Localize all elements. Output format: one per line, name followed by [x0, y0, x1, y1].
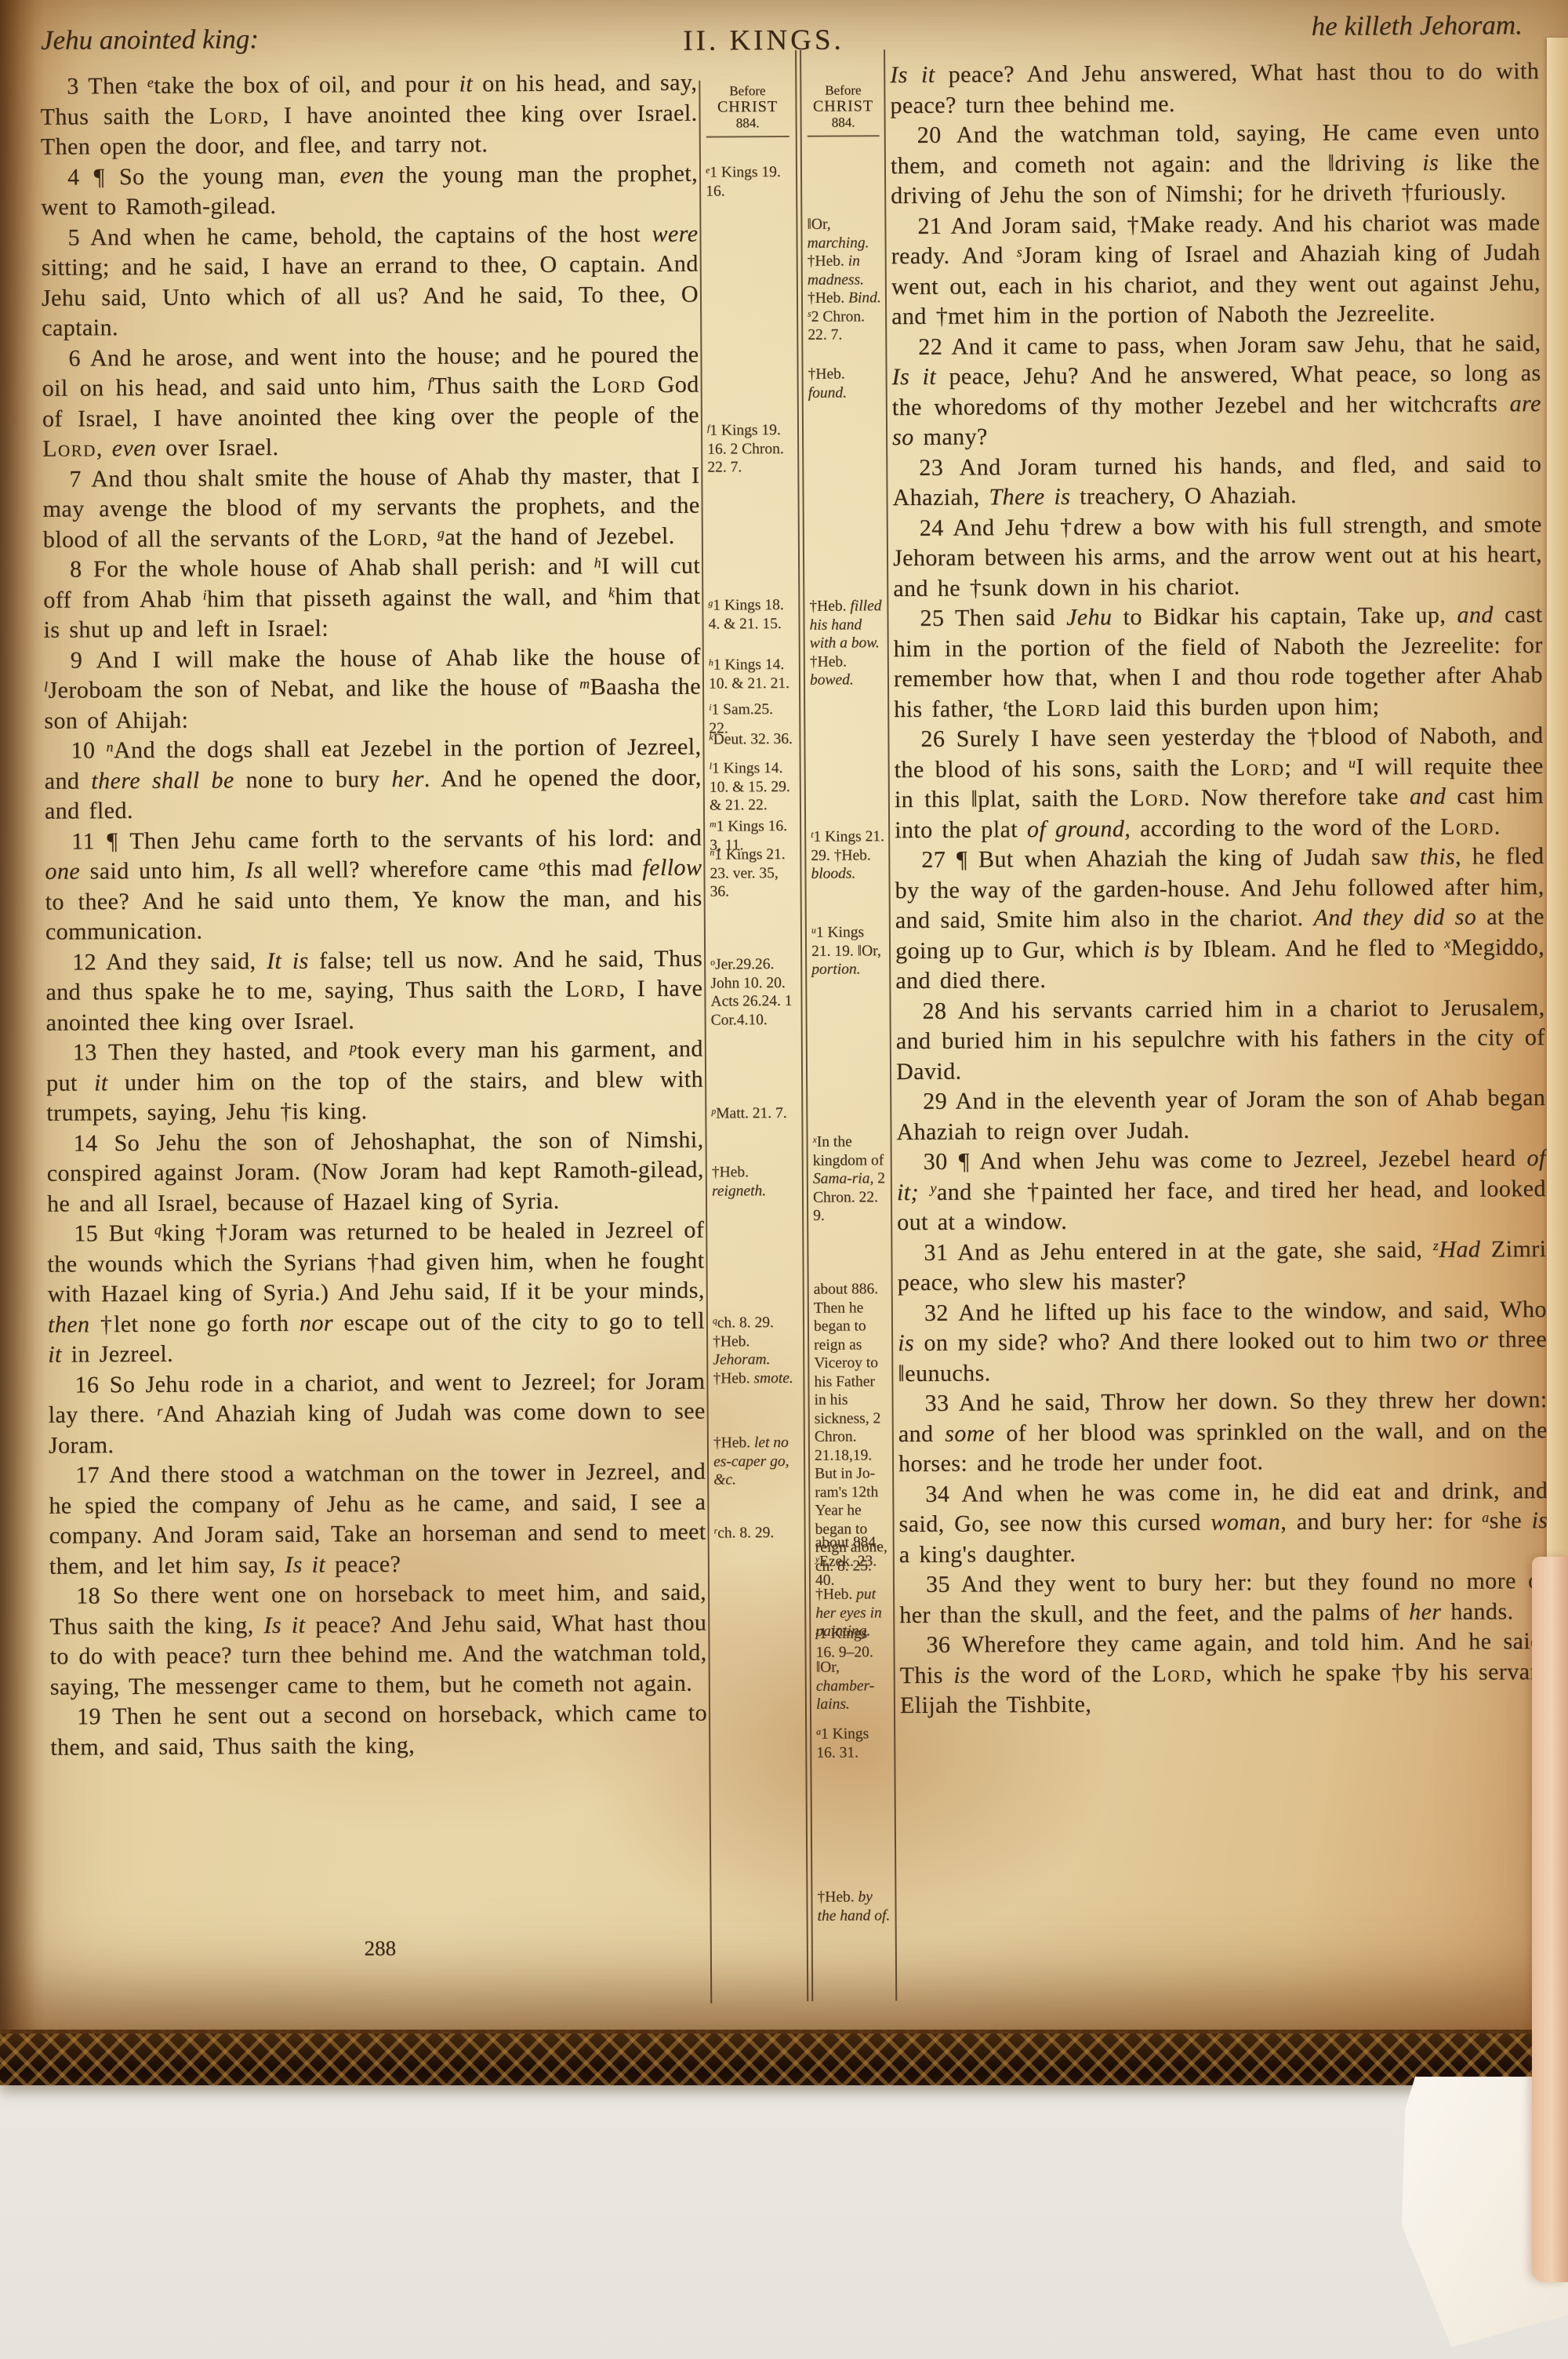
verse: 18 So there went one on horseback to mee… — [49, 1578, 707, 1703]
cross-reference-column-right: BeforeCHRIST884.‖Or, marching. †Heb. in … — [804, 0, 894, 2031]
verse: 34 And when he was come in, he did eat a… — [898, 1476, 1548, 1571]
cross-reference-note: †Heb. by the hand of. — [817, 1888, 891, 1925]
verse: 31 And as Jehu entered in at the gate, s… — [897, 1234, 1546, 1299]
cross-reference-note: ‖Or, chamber-lains. — [816, 1658, 891, 1714]
cross-reference-note: a1 Kings 16. 31. — [816, 1725, 890, 1762]
cross-reference-note: pMatt. 21. 7. — [711, 1104, 796, 1123]
cross-reference-note: †Heb. let no es-caper go, &c. — [713, 1434, 798, 1489]
cross-reference-note: f1 Kings 19. 16. 2 Chron. 22. 7. — [707, 421, 792, 477]
running-head-right: he killeth Jehoram. — [1312, 9, 1523, 42]
verse: 23 And Joram turned his hands, and fled,… — [892, 449, 1541, 514]
cross-reference-note: qch. 8. 29. †Heb. Jehoram. †Heb. smote. — [713, 1314, 797, 1388]
cross-reference-note: oJer.29.26. John 10. 20. Acts 26.24. 1 C… — [710, 955, 795, 1030]
cross-reference-column-left: BeforeCHRIST884.e1 Kings 19. 16.f1 Kings… — [703, 0, 804, 2031]
page-number: 288 — [52, 1935, 709, 1963]
verse: 28 And his servants carried him in a cha… — [895, 993, 1545, 1088]
verse: 20 And the watchman told, saying, He cam… — [891, 117, 1541, 212]
before-christ-heading: BeforeCHRIST884. — [807, 82, 880, 137]
scanned-bible-page-photo: Jehu anointed king: II. KINGS. he killet… — [0, 0, 1568, 2359]
verse: 35 And they went to bury her: but they f… — [899, 1566, 1548, 1630]
verse: 32 And he lifted up his face to the wind… — [898, 1295, 1548, 1390]
verse: 19 Then he sent out a second on horsebac… — [50, 1699, 707, 1763]
verse: 11 ¶ Then Jehu came forth to the servant… — [45, 823, 702, 947]
verse: 17 And there stood a watchman on the tow… — [49, 1457, 706, 1582]
cross-reference-note: †Heb. found. — [808, 365, 882, 402]
bookmark-ribbon — [1532, 1557, 1568, 2282]
printed-content: Jehu anointed king: II. KINGS. he killet… — [0, 0, 1568, 2031]
book-binding-edge — [0, 2030, 1568, 2085]
verse: 3 Then etake the box of oil, and pour it… — [40, 68, 698, 163]
cross-reference-note: g1 Kings 18. 4. & 21. 15. — [708, 596, 793, 634]
cross-reference-note: kDeut. 32. 36. — [709, 730, 793, 749]
cross-reference-note: n1 Kings 21. 23. ver. 35, 36. — [710, 845, 794, 901]
cross-reference-note: e1 Kings 19. 16. — [706, 163, 790, 201]
heading-line: 884. — [706, 115, 789, 131]
running-head-left: Jehu anointed king: — [41, 24, 259, 56]
heading-line: CHRIST — [706, 98, 789, 116]
cross-reference-note: ‖Or, marching. †Heb. in madness. †Heb. B… — [807, 215, 881, 344]
verse: 24 And Jehu †drew a bow with his full st… — [893, 510, 1543, 605]
verse: 21 And Joram said, †Make ready. And his … — [891, 208, 1541, 333]
verse: Is it peace? And Jehu answered, What has… — [890, 56, 1539, 121]
cross-reference-note: rch. 8. 29. — [714, 1524, 799, 1543]
before-christ-heading: BeforeCHRIST884. — [706, 83, 789, 138]
verse: 14 So Jehu the son of Jehoshaphat, the s… — [46, 1125, 704, 1219]
verse: 16 So Jehu rode in a chariot, and went t… — [48, 1366, 706, 1461]
verse: 6 And he arose, and went into the house;… — [42, 340, 699, 464]
cross-reference-note: †Heb. filled his hand with a bow. †Heb. … — [809, 597, 884, 689]
verse: 29 And in the eleventh year of Joram the… — [896, 1083, 1545, 1147]
verse: 13 Then they hasted, and ptook every man… — [46, 1034, 704, 1129]
verse: 25 Then said Jehu to Bidkar his captain,… — [893, 600, 1543, 725]
heading-line: 884. — [808, 114, 880, 130]
verse: 5 And when he came, behold, the captains… — [41, 219, 699, 343]
cross-reference-note: h1 Kings 14. 10. & 21. 21. — [709, 656, 793, 693]
cross-reference-note: t1 Kings 21. 29. †Heb. bloods. — [811, 827, 885, 883]
cross-reference-note: l1 Kings 14. 10. & 15. 29. & 21. 22. — [710, 759, 794, 815]
verse: 33 And he said, Throw her down. So they … — [898, 1385, 1548, 1480]
cross-reference-note: about 884. — [815, 1533, 889, 1552]
verse: 4 ¶ So the young man, even the young man… — [41, 158, 698, 223]
verse: 7 And thou shalt smite the house of Ahab… — [42, 460, 700, 555]
verse: 22 And it came to pass, when Joram saw J… — [891, 329, 1541, 453]
scripture-column-right: Is it peace? And Jehu answered, What has… — [890, 56, 1549, 1721]
heading-line: CHRIST — [807, 97, 879, 115]
verse: 10 nAnd the dogs shall eat Jezebel in th… — [44, 732, 702, 827]
verse: 12 And they said, It is false; tell us n… — [45, 943, 703, 1038]
cross-reference-note: yEzek. 23. 40. — [815, 1552, 889, 1590]
verse: 15 But qking †Joram was returned to be h… — [47, 1216, 705, 1371]
book-page: Jehu anointed king: II. KINGS. he killet… — [0, 0, 1568, 2031]
verse: 36 Wherefore they came again, and told h… — [899, 1627, 1549, 1721]
verse: 26 Surely I have seen yesterday the †blo… — [894, 721, 1544, 845]
heading-line: Before — [706, 83, 789, 99]
verse: 8 For the whole house of Ahab shall peri… — [43, 551, 701, 646]
cross-reference-note: u1 Kings 21. 19. ‖Or, portion. — [811, 923, 886, 979]
cross-reference-note: †Heb. reigneth. — [712, 1163, 797, 1201]
verse: 27 ¶ But when Ahaziah the king of Judah … — [895, 841, 1544, 997]
heading-line: Before — [807, 82, 879, 98]
scripture-column-left: 3 Then etake the box of oil, and pour it… — [40, 68, 707, 1763]
cross-reference-note: z1 Kings 16. 9–20. — [815, 1624, 889, 1662]
verse: 9 And I will make the house of Ahab like… — [44, 642, 702, 736]
verse: 30 ¶ And when Jehu was come to Jezreel, … — [897, 1143, 1547, 1238]
cross-reference-note: about 886. Then he began to reign as Vic… — [814, 1280, 889, 1576]
cross-reference-note: xIn the kingdom of Sama-ria, 2 Chron. 22… — [812, 1132, 887, 1225]
